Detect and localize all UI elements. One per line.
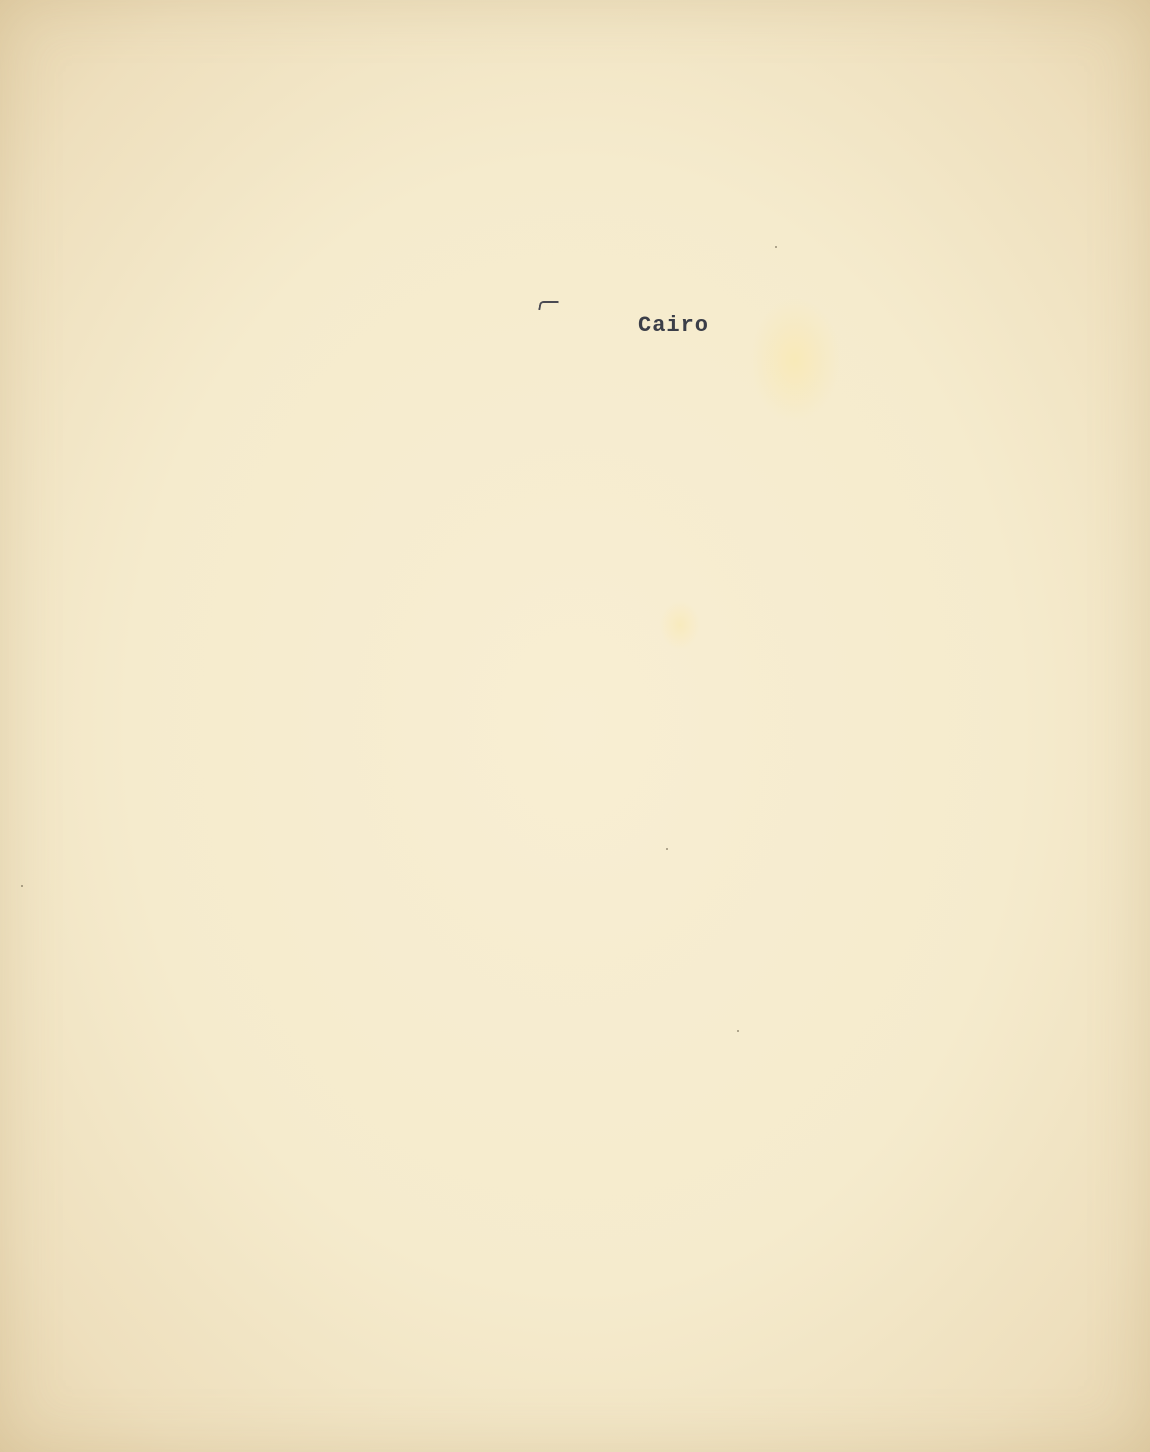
typed-place-name: Cairo [638, 313, 709, 338]
paper-speck [737, 1030, 739, 1032]
typewriter-corner-mark [538, 301, 559, 310]
paper-speck [666, 848, 668, 850]
paper-speck [775, 246, 777, 248]
scanned-page: Cairo [0, 0, 1150, 1452]
paper-speck [21, 885, 23, 887]
